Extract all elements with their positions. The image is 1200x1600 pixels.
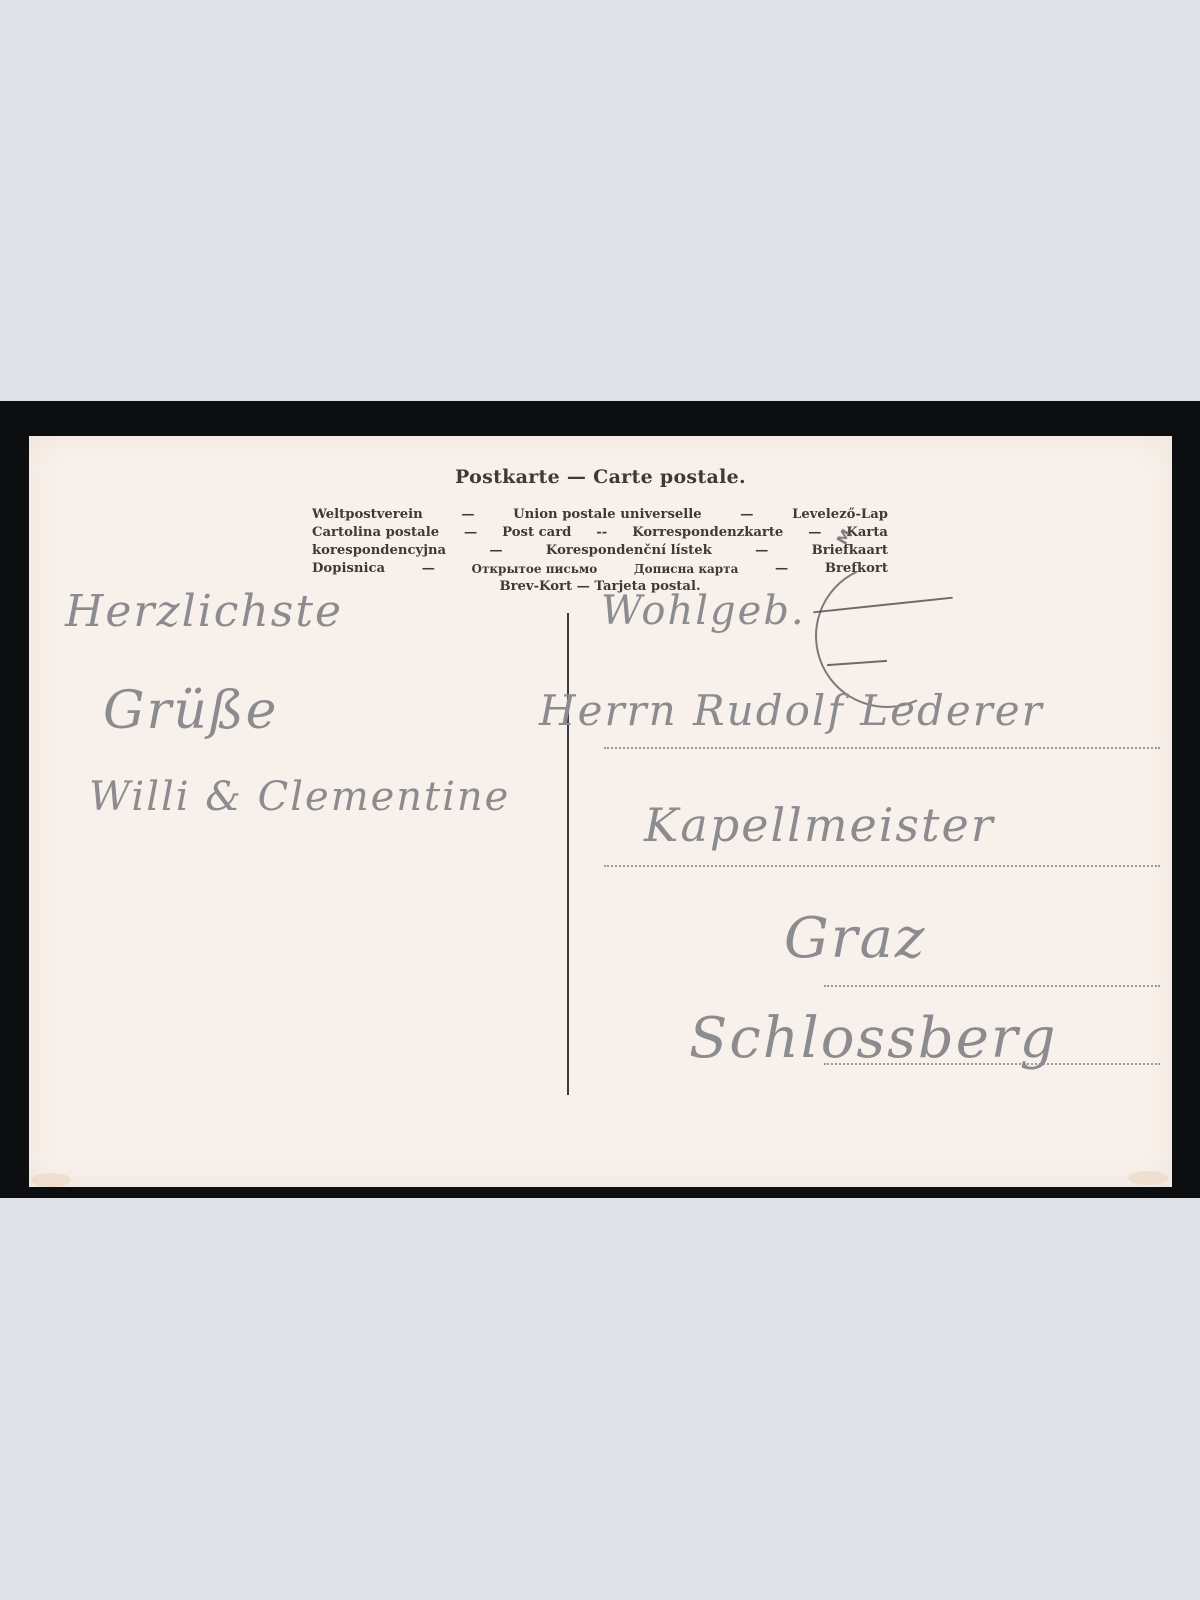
header-line-3: korespondencyjna — Korespondenční lístek… (312, 542, 888, 560)
message-line-1: Herzlichste (65, 586, 343, 637)
header-text: Union postale universelle (513, 506, 702, 524)
address-title: Kapellmeister (644, 798, 995, 852)
header-line-2: Cartolina postale — Post card -- Korresp… (312, 524, 888, 542)
header-text: Post card (502, 524, 571, 542)
header-text: Korespondenční lístek (546, 542, 712, 560)
header-dash: -- (596, 524, 607, 542)
corner-wear (1128, 1171, 1168, 1185)
header-dash: — (489, 542, 502, 560)
header-dash: — (464, 524, 477, 542)
postcard-header: Postkarte — Carte postale. (29, 466, 1172, 488)
header-dash: — (808, 524, 821, 542)
header-dash: — (775, 560, 788, 578)
address-street: Schlossberg (689, 1006, 1058, 1071)
address-city: Graz (784, 906, 926, 971)
header-text: Открытое письмо (472, 560, 598, 578)
message-line-2: Grüße (103, 681, 278, 741)
postcard: Postkarte — Carte postale. Weltpostverei… (29, 436, 1172, 1187)
postcard-title: Postkarte — Carte postale. (29, 466, 1172, 488)
header-text: Levelező-Lap (792, 506, 888, 524)
header-dash: — (755, 542, 768, 560)
header-line-1: Weltpostverein — Union postale universel… (312, 506, 888, 524)
corner-wear (31, 1173, 71, 1187)
address-line-2 (604, 865, 1160, 867)
multilingual-header: Weltpostverein — Union postale universel… (312, 506, 888, 596)
header-text: Cartolina postale (312, 524, 439, 542)
header-line-4: Dopisnica — Открытое письмо Дописна карт… (312, 560, 888, 578)
header-text: Dopisnica (312, 560, 385, 578)
header-text: Weltpostverein (312, 506, 423, 524)
header-text: Дописна карта (634, 560, 738, 578)
header-dash: — (740, 506, 753, 524)
header-dash: — (461, 506, 474, 524)
message-signature: Willi & Clementine (89, 774, 510, 820)
header-dash: — (422, 560, 435, 578)
header-text: korespondencyjna (312, 542, 446, 560)
address-name: Herrn Rudolf Lederer (539, 686, 1044, 735)
header-text: Korrespondenzkarte (632, 524, 783, 542)
address-salutation: Wohlgeb. (601, 588, 806, 634)
address-line-1 (604, 747, 1160, 749)
address-line-3 (824, 985, 1160, 987)
